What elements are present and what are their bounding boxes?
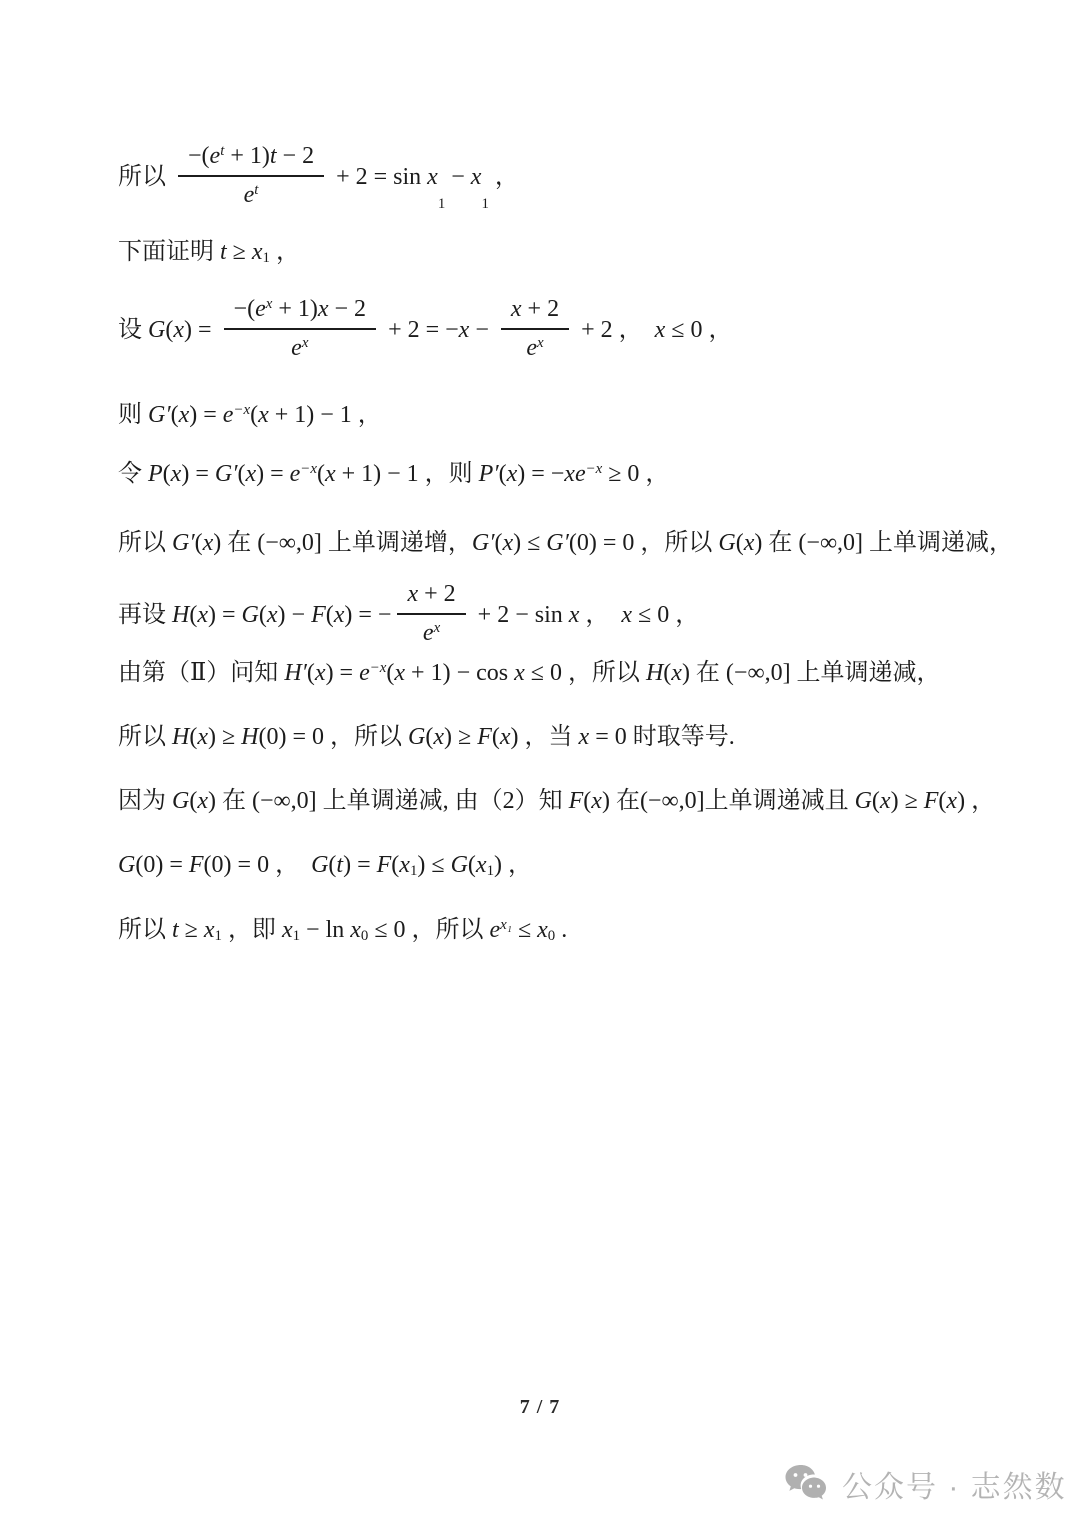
math-text: ) 在 (−∞,0] 上单调递增， [213, 528, 472, 559]
math-subscript: 1 [215, 927, 222, 946]
math-line: 所以 −(et + 1)t − 2et + 2 = sin x1 − x1 ， [118, 140, 519, 214]
math-variable: G [451, 850, 468, 881]
math-text: −( [188, 141, 210, 172]
math-variable: x [433, 722, 444, 753]
math-text: ≤ [512, 915, 537, 946]
math-text: ，即 [222, 915, 282, 946]
math-variable: e [290, 459, 301, 490]
math-subscript: 1 [438, 195, 445, 214]
math-text: − 2 [277, 141, 315, 172]
math-variable: G [118, 850, 135, 881]
math-variable: e [526, 333, 537, 364]
math-text: + 2 [522, 294, 560, 325]
math-variable: x [500, 722, 511, 753]
math-subscript: 1 [293, 927, 300, 946]
math-variable: G′ [148, 400, 171, 431]
math-text: ) ， [957, 786, 995, 817]
math-text: ≥ 0 ， [602, 459, 669, 490]
math-variable: F [477, 722, 492, 753]
math-variable: e [210, 141, 221, 172]
math-variable: x [282, 915, 293, 946]
math-text: ) = [256, 459, 290, 490]
math-variable: x [258, 400, 269, 431]
math-variable: x [471, 162, 482, 193]
fraction: −(et + 1)t − 2et [178, 140, 324, 214]
math-text: ) ≤ [513, 528, 546, 559]
math-variable: G′ [546, 528, 569, 559]
math-subscript: 1 [410, 862, 417, 881]
fraction: x + 2ex [501, 293, 569, 367]
math-subscript: 1 [487, 862, 494, 881]
math-text: ( [499, 459, 507, 490]
math-variable: x [671, 658, 682, 689]
fraction: −(ex + 1)x − 2ex [224, 293, 377, 367]
math-subscript: 1 [481, 195, 488, 214]
math-variable: H [241, 722, 258, 753]
math-text: ) = [184, 315, 218, 346]
math-text: ) 在(−∞,0]上单调递减且 [602, 786, 855, 817]
math-text: ( [326, 600, 334, 631]
math-superscript: −x [586, 460, 603, 479]
math-variable: x [621, 600, 632, 631]
math-text: − [469, 315, 495, 346]
math-text: − [445, 162, 471, 193]
math-text: + 2 = − [382, 315, 459, 346]
math-variable: x [315, 658, 326, 689]
math-text: ( [468, 850, 476, 881]
math-variable: F [189, 850, 204, 881]
math-variable: F [311, 600, 326, 631]
math-text: ) ≥ [891, 786, 924, 817]
math-variable: t [336, 850, 343, 881]
math-variable: t [270, 141, 277, 172]
math-variable: x [325, 459, 336, 490]
math-variable: H′ [284, 658, 307, 689]
math-variable: G [855, 786, 872, 817]
fraction-denominator: ex [413, 615, 450, 652]
math-text: ( [250, 400, 258, 431]
math-text: ) = − [344, 600, 391, 631]
math-line: 因为 G(x) 在 (−∞,0] 上单调递减, 由（2）知 F(x) 在(−∞,… [118, 786, 995, 817]
math-variable: x [427, 162, 438, 193]
math-text: 由第（Ⅱ）问知 [118, 658, 284, 689]
math-line: 令 P(x) = G′(x) = e−x(x + 1) − 1 ，则 P′(x)… [118, 459, 669, 490]
math-variable: xe [564, 459, 585, 490]
math-variable: G′ [472, 528, 495, 559]
math-text: ≤ 0 ，所以 [368, 915, 489, 946]
math-variable: G [172, 786, 189, 817]
math-text: 所以 [118, 528, 172, 559]
math-variable: G′ [215, 459, 238, 490]
math-text: ) ≥ [444, 722, 477, 753]
math-superscript: x₁ [500, 916, 512, 935]
math-variable: F [569, 786, 584, 817]
math-text: + 2 − sin [472, 600, 569, 631]
math-variable: x [203, 528, 214, 559]
math-text: + 1) [272, 294, 318, 325]
math-text: ≤ 0 ，所以 [525, 658, 646, 689]
math-text: ( [163, 459, 171, 490]
page-number: 7 / 7 [0, 1396, 1080, 1419]
math-text: ≤ 0 ， [665, 315, 732, 346]
math-text: . [555, 915, 567, 946]
math-variable: x [591, 786, 602, 817]
math-variable: G [311, 850, 328, 881]
math-variable: x [507, 459, 518, 490]
math-variable: x [537, 915, 548, 946]
math-variable: P′ [479, 459, 499, 490]
math-variable: e [423, 618, 434, 649]
math-text: ( [317, 459, 325, 490]
math-line: 下面证明 t ≥ x1 ， [118, 237, 300, 268]
math-text: ) ≥ [208, 722, 241, 753]
math-text: ) = [208, 600, 242, 631]
math-variable: e [223, 400, 234, 431]
math-text: ≥ [179, 915, 204, 946]
footer-label: 公众号 · 志然数 [842, 1462, 1067, 1506]
fraction-denominator: et [234, 177, 269, 214]
math-text: ， [270, 237, 300, 268]
math-variable: e [490, 915, 501, 946]
math-variable: G′ [172, 528, 195, 559]
math-text: ( [259, 600, 267, 631]
math-line: 设 G(x) = −(ex + 1)x − 2ex + 2 = −x − x +… [118, 293, 732, 367]
math-variable: x [880, 786, 891, 817]
math-text: ( [872, 786, 880, 817]
math-text: ， [579, 600, 621, 631]
math-text: −( [234, 294, 256, 325]
math-superscript: −x [300, 460, 317, 479]
math-variable: H [172, 600, 189, 631]
math-text: ( [736, 528, 744, 559]
math-text: + 2 = sin [330, 162, 427, 193]
math-text: ( [171, 400, 179, 431]
math-variable: e [291, 333, 302, 364]
math-superscript: x [302, 334, 309, 353]
math-variable: x [579, 722, 590, 753]
solution-page: 所以 −(et + 1)t − 2et + 2 = sin x1 − x1 ，下… [0, 0, 1080, 1526]
math-text: ) = − [517, 459, 564, 490]
math-text: 令 [118, 459, 148, 490]
math-line: 所以 t ≥ x1 ，即 x1 − ln x0 ≤ 0 ，所以 ex₁ ≤ x0… [118, 915, 567, 946]
math-line: 则 G′(x) = e−x(x + 1) − 1 ， [118, 400, 382, 431]
footer-watermark: 公众号 · 志然数 [784, 1462, 1067, 1506]
math-text: − ln [300, 915, 350, 946]
fraction-numerator: −(ex + 1)x − 2 [224, 293, 377, 330]
math-text: 所以 [118, 722, 172, 753]
math-text: ) 在 (−∞,0] 上单调递减， [682, 658, 941, 689]
math-text: ) ≤ [417, 850, 450, 881]
math-text: ) ，当 [511, 722, 579, 753]
math-line: 由第（Ⅱ）问知 H′(x) = e−x(x + 1) − cos x ≤ 0 ，… [118, 658, 941, 689]
fraction-denominator: ex [281, 330, 318, 367]
math-text: + 2 [418, 579, 456, 610]
math-variable: x [318, 294, 329, 325]
math-variable: x [399, 850, 410, 881]
math-text: 下面证明 [118, 237, 220, 268]
math-text: 所以 [118, 162, 172, 193]
math-superscript: −x [233, 401, 250, 420]
math-line: G(0) = F(0) = 0 ， G(t) = F(x1) ≤ G(x1) ， [118, 850, 532, 881]
math-text: ) ， [494, 850, 532, 881]
fraction: x + 2ex [397, 578, 465, 652]
fraction-numerator: x + 2 [397, 578, 465, 615]
math-variable: x [569, 600, 580, 631]
math-variable: H [646, 658, 663, 689]
math-variable: t [172, 915, 179, 946]
math-text: ) = [189, 400, 223, 431]
fraction-numerator: −(et + 1)t − 2 [178, 140, 324, 177]
math-text: (0) = 0 ， [204, 850, 312, 881]
math-variable: x [197, 722, 208, 753]
math-superscript: t [254, 181, 258, 200]
math-text: 则 [118, 400, 148, 431]
math-superscript: −x [370, 659, 387, 678]
math-variable: H [172, 722, 189, 753]
math-text: 再设 [118, 600, 172, 631]
math-text: + 1) [224, 141, 270, 172]
math-variable: G [408, 722, 425, 753]
math-variable: e [359, 658, 370, 689]
math-variable: x [476, 850, 487, 881]
math-line: 再设 H(x) = G(x) − F(x) = −x + 2ex + 2 − s… [118, 578, 699, 652]
math-text: (0) = 0 ，所以 [569, 528, 719, 559]
math-variable: x [252, 237, 263, 268]
math-text: (0) = 0 ，所以 [259, 722, 409, 753]
math-variable: G [148, 315, 165, 346]
math-text: ) = [343, 850, 377, 881]
math-variable: x [514, 658, 525, 689]
math-text: 设 [118, 315, 148, 346]
math-text: ( [307, 658, 315, 689]
math-text: + 1) − 1 ，则 [336, 459, 479, 490]
math-variable: x [334, 600, 345, 631]
math-variable: x [204, 915, 215, 946]
math-text: + 1) − cos [405, 658, 514, 689]
math-variable: x [744, 528, 755, 559]
math-line: 所以 H(x) ≥ H(0) = 0 ，所以 G(x) ≥ F(x) ，当 x … [118, 722, 735, 753]
math-text: + 1) − 1 ， [269, 400, 382, 431]
math-text: = 0 时取等号. [589, 722, 735, 753]
math-variable: x [407, 579, 418, 610]
math-variable: t [220, 237, 227, 268]
fraction-numerator: x + 2 [501, 293, 569, 330]
math-variable: x [655, 315, 666, 346]
math-variable: F [377, 850, 392, 881]
math-text: ， [489, 162, 519, 193]
fraction-denominator: ex [516, 330, 553, 367]
math-variable: e [244, 180, 255, 211]
math-text: ) = [326, 658, 360, 689]
math-text: ( [492, 722, 500, 753]
math-variable: x [245, 459, 256, 490]
math-line: 所以 G′(x) 在 (−∞,0] 上单调递增，G′(x) ≤ G′(0) = … [118, 528, 1013, 559]
math-variable: x [267, 600, 278, 631]
math-text: ) 在 (−∞,0] 上单调递减， [754, 528, 1013, 559]
math-text: ) = [181, 459, 215, 490]
math-superscript: x [434, 619, 441, 638]
math-superscript: x [266, 295, 273, 314]
math-subscript: 1 [263, 249, 270, 268]
math-variable: x [197, 786, 208, 817]
math-variable: x [171, 459, 182, 490]
math-variable: G [718, 528, 735, 559]
math-text: 所以 [118, 915, 172, 946]
math-text: ( [328, 850, 336, 881]
math-text: ) − [278, 600, 312, 631]
math-content: 所以 −(et + 1)t − 2et + 2 = sin x1 − x1 ，下… [0, 0, 1080, 1526]
math-variable: x [394, 658, 405, 689]
math-text: + 2 ， [575, 315, 655, 346]
math-text: ≤ 0 ， [632, 600, 699, 631]
math-text: − 2 [329, 294, 367, 325]
math-text: ) 在 (−∞,0] 上单调递减, 由（2）知 [208, 786, 569, 817]
math-variable: x [459, 315, 470, 346]
math-variable: x [946, 786, 957, 817]
math-variable: e [255, 294, 266, 325]
math-subscript: 0 [548, 927, 555, 946]
math-variable: G [242, 600, 259, 631]
math-variable: x [502, 528, 513, 559]
math-text: 因为 [118, 786, 172, 817]
math-variable: F [924, 786, 939, 817]
math-variable: P [148, 459, 163, 490]
math-variable: x [173, 315, 184, 346]
math-text: ≥ [227, 237, 252, 268]
math-variable: x [197, 600, 208, 631]
math-variable: x [179, 400, 190, 431]
math-subscript: 0 [361, 927, 368, 946]
math-text: ( [195, 528, 203, 559]
math-superscript: x [537, 334, 544, 353]
math-variable: x [350, 915, 361, 946]
math-variable: x [511, 294, 522, 325]
math-text: (0) = [135, 850, 189, 881]
wechat-icon [784, 1463, 830, 1505]
